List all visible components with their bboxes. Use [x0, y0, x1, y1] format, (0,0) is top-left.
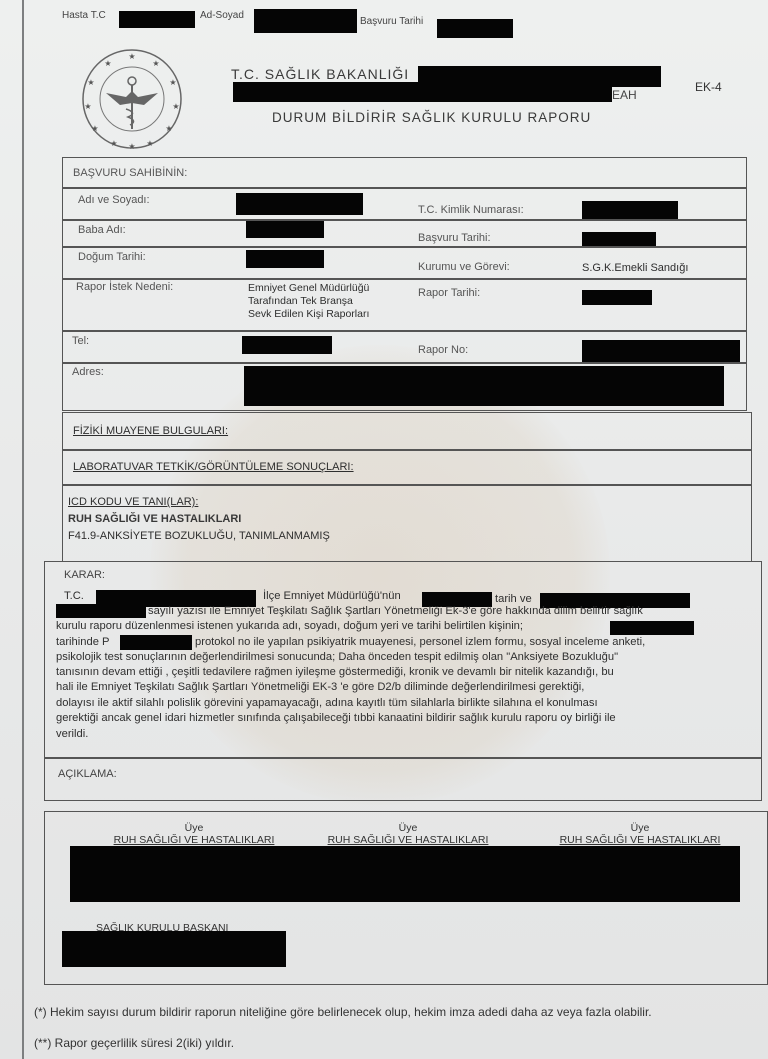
member-branch: RUH SAĞLIĞI VE HASTALIKLARI	[318, 834, 498, 846]
member-role: Üye	[104, 822, 284, 834]
member-signature-2: Üye RUH SAĞLIĞI VE HASTALIKLARI	[318, 822, 498, 846]
svg-text:★: ★	[128, 52, 135, 61]
applicant-section-title: BAŞVURU SAHİBİNİN:	[73, 167, 187, 179]
decision-text: dolayısı ile aktif silahlı polislik göre…	[56, 696, 598, 711]
svg-text:★: ★	[87, 78, 94, 87]
redacted-member-signatures	[70, 846, 740, 902]
divider	[62, 449, 752, 451]
physical-findings-title: FİZİKİ MUAYENE BULGULARI:	[73, 425, 228, 437]
redacted-name	[254, 9, 357, 33]
redacted-tc	[119, 11, 195, 28]
basvuru-tarihi-label: Başvuru Tarihi	[360, 16, 423, 27]
member-branch: RUH SAĞLIĞI VE HASTALIKLARI	[550, 834, 730, 846]
svg-text:★: ★	[104, 59, 111, 68]
father-label: Baba Adı:	[78, 224, 126, 236]
member-role: Üye	[318, 822, 498, 834]
document-page: Hasta T.C Ad-Soyad Başvuru Tarihi ★★★ ★★…	[0, 0, 768, 1059]
name-label: Adı ve Soyadı:	[78, 194, 150, 206]
redacted-protocol-no	[120, 635, 192, 650]
decision-text: verildi.	[56, 727, 88, 742]
decision-text: sayılı yazısı ile Emniyet Teşkilatı Sağl…	[148, 604, 643, 619]
reason-value: Emniyet Genel Müdürlüğü Tarafından Tek B…	[248, 282, 369, 321]
form-code: EK-4	[695, 80, 722, 94]
page-edge	[22, 0, 24, 1059]
svg-text:★: ★	[169, 78, 176, 87]
member-branch: RUH SAĞLIĞI VE HASTALIKLARI	[104, 834, 284, 846]
reason-line: Sevk Edilen Kişi Raporları	[248, 308, 369, 321]
birth-date-label: Doğum Tarihi:	[78, 251, 146, 263]
svg-text:★: ★	[165, 124, 172, 133]
icd-branch: RUH SAĞLIĞI VE HASTALIKLARI	[68, 513, 241, 525]
divider	[62, 187, 747, 189]
redacted-report-no	[582, 340, 740, 362]
decision-text: protokol no ile yapılan psikiyatrik muay…	[195, 635, 645, 650]
decision-line-1: T.C.	[64, 589, 84, 604]
decision-text: tanısının devam ettiği , çeşitli tedavil…	[56, 665, 614, 680]
tc-label: T.C. Kimlik Numarası:	[418, 204, 524, 216]
member-signature-3: Üye RUH SAĞLIĞI VE HASTALIKLARI	[550, 822, 730, 846]
member-role: Üye	[550, 822, 730, 834]
decision-text: hali ile Emniyet Teşkilatı Sağlık Şartla…	[56, 680, 584, 695]
ministry-seal-icon: ★★★ ★★★★ ★★★★★	[78, 47, 186, 151]
icd-title: ICD KODU VE TANI(LAR):	[68, 496, 198, 508]
application-date-label: Başvuru Tarihi:	[418, 232, 491, 244]
divider	[62, 484, 752, 486]
divider	[62, 246, 747, 248]
redacted-chair-signature	[62, 931, 286, 967]
decision-text: psikolojik test sonuçlarının değerlendir…	[56, 650, 618, 665]
svg-text:★: ★	[84, 102, 91, 111]
member-signature-1: Üye RUH SAĞLIĞI VE HASTALIKLARI	[104, 822, 284, 846]
divider	[62, 278, 747, 280]
svg-text:★: ★	[91, 124, 98, 133]
divider	[62, 362, 747, 364]
ministry-title: T.C. SAĞLIK BAKANLIĞI	[231, 66, 409, 82]
redacted-hospital-line2	[233, 82, 612, 102]
reason-line: Tarafından Tek Branşa	[248, 295, 369, 308]
explanation-title: AÇIKLAMA:	[58, 768, 117, 780]
decision-text: gerektiği ancak genel idari hizmetler sı…	[56, 711, 616, 726]
decision-text: tarihinde P	[56, 635, 110, 650]
hasta-tc-label: Hasta T.C	[62, 10, 106, 21]
decision-text: T.C.	[64, 590, 84, 602]
svg-text:★: ★	[110, 139, 117, 148]
hospital-suffix: EAH	[612, 88, 637, 102]
svg-text:★: ★	[146, 139, 153, 148]
redacted-letter-no-b	[56, 604, 146, 618]
address-label: Adres:	[72, 366, 104, 378]
decision-title: KARAR:	[64, 569, 105, 581]
decision-text: kurulu raporu düzenlenmesi istenen yukar…	[56, 619, 523, 634]
reason-line: Emniyet Genel Müdürlüğü	[248, 282, 369, 295]
redacted-birth-date	[246, 250, 324, 268]
divider	[62, 219, 747, 221]
report-no-label: Rapor No:	[418, 344, 468, 356]
svg-text:★: ★	[152, 59, 159, 68]
redacted-applicant-name	[236, 193, 363, 215]
footnote-1: (*) Hekim sayısı durum bildirir raporun …	[34, 1005, 652, 1019]
redacted-report-date	[582, 290, 652, 305]
ad-soyad-label: Ad-Soyad	[200, 10, 244, 21]
footnote-2: (**) Rapor geçerlilik süresi 2(iki) yıld…	[34, 1036, 234, 1050]
lab-results-title: LABORATUVAR TETKİK/GÖRÜNTÜLEME SONUÇLARI…	[73, 461, 354, 473]
svg-text:★: ★	[128, 142, 135, 151]
tel-label: Tel:	[72, 335, 89, 347]
divider	[44, 757, 762, 759]
report-date-label: Rapor Tarihi:	[418, 287, 480, 299]
decision-text: İlçe Emniyet Müdürlüğü'nün	[263, 589, 401, 604]
redacted-tel	[242, 336, 332, 354]
institution-value: S.G.K.Emekli Sandığı	[582, 262, 688, 274]
institution-label: Kurumu ve Görevi:	[418, 261, 510, 273]
redacted-address	[244, 366, 724, 406]
redacted-tc-number	[582, 201, 678, 219]
redacted-exam-date	[610, 621, 694, 635]
report-title: DURUM BİLDİRİR SAĞLIK KURULU RAPORU	[272, 110, 591, 125]
redacted-father	[246, 221, 324, 238]
redacted-date	[437, 19, 513, 38]
divider	[62, 330, 747, 332]
reason-label: Rapor İstek Nedeni:	[76, 281, 173, 293]
svg-text:★: ★	[172, 102, 179, 111]
icd-diagnosis: F41.9-ANKSİYETE BOZUKLUĞU, TANIMLANMAMIŞ	[68, 530, 330, 542]
